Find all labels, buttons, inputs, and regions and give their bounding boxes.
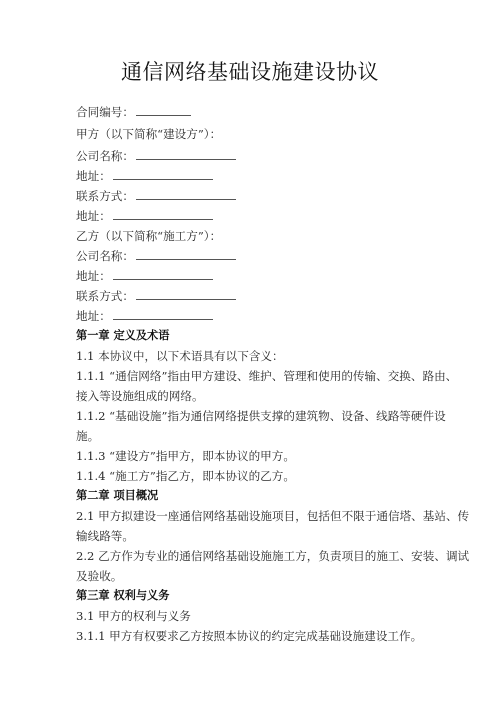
clause-line: 接入等设施组成的网络。 <box>76 389 204 403</box>
clause-line: 1.1.1 “通信网络”指由甲方建设、维护、管理和使用的传输、交换、路由、 <box>76 369 457 383</box>
field-party-b-company: 公司名称： <box>76 249 236 263</box>
clause-line: 1.1.3 “建设方”指甲方，即本协议的甲方。 <box>76 449 295 463</box>
clause-line: 1.1.2 “基础设施”指为通信网络提供支撑的建筑物、设备、线路等硬件设 <box>76 409 446 423</box>
field-label: 合同编号： <box>76 105 134 119</box>
field-label: 乙方（以下简称“施工方”）： <box>76 229 221 243</box>
field-label: 地址： <box>76 309 111 323</box>
field-party-b-address: 地址： <box>76 269 213 283</box>
document-title: 通信网络基础设施建设协议 <box>0 59 500 85</box>
clause-line: 及验收。 <box>76 569 122 583</box>
blank-line[interactable] <box>136 105 191 116</box>
blank-line[interactable] <box>136 289 236 300</box>
field-label: 联系方式： <box>76 289 134 303</box>
field-party-a-address-2: 地址： <box>76 209 213 223</box>
field-party-a-company: 公司名称： <box>76 149 236 163</box>
blank-line[interactable] <box>113 269 213 280</box>
blank-line[interactable] <box>136 249 236 260</box>
clause-line: 3.1.1 甲方有权要求乙方按照本协议的约定完成基础设施建设工作。 <box>76 629 422 643</box>
field-label: 甲方（以下简称“建设方”）： <box>76 127 221 141</box>
clause-line: 输线路等。 <box>76 529 134 543</box>
party-b-heading: 乙方（以下简称“施工方”）： <box>76 229 221 243</box>
chapter-1-heading: 第一章 定义及术语 <box>76 329 169 343</box>
field-label: 联系方式： <box>76 189 134 203</box>
party-a-heading: 甲方（以下简称“建设方”）： <box>76 127 221 141</box>
field-label: 地址： <box>76 169 111 183</box>
field-label: 公司名称： <box>76 249 134 263</box>
clause-line: 1.1.4 “施工方”指乙方，即本协议的乙方。 <box>76 469 295 483</box>
clause-line: 2.2 乙方作为专业的通信网络基础设施施工方，负责项目的施工、安装、调试 <box>76 549 469 563</box>
blank-line[interactable] <box>113 309 213 320</box>
blank-line[interactable] <box>113 209 213 220</box>
document-page: 通信网络基础设施建设协议 合同编号： 甲方（以下简称“建设方”）： 公司名称： … <box>0 0 500 707</box>
chapter-2-heading: 第二章 项目概况 <box>76 489 158 503</box>
field-contract-number: 合同编号： <box>76 105 191 119</box>
blank-line[interactable] <box>113 169 213 180</box>
chapter-3-heading: 第三章 权利与义务 <box>76 589 169 603</box>
blank-line[interactable] <box>136 149 236 160</box>
field-label: 公司名称： <box>76 149 134 163</box>
blank-line[interactable] <box>136 189 236 200</box>
field-label: 地址： <box>76 269 111 283</box>
field-party-a-contact: 联系方式： <box>76 189 236 203</box>
clause-line: 施。 <box>76 429 99 443</box>
field-label: 地址： <box>76 209 111 223</box>
clause-line: 2.1 甲方拟建设一座通信网络基础设施项目，包括但不限于通信塔、基站、传 <box>76 509 469 523</box>
field-party-b-address-2: 地址： <box>76 309 213 323</box>
clause-line: 3.1 甲方的权利与义务 <box>76 609 191 623</box>
field-party-b-contact: 联系方式： <box>76 289 236 303</box>
clause-line: 1.1 本协议中，以下术语具有以下含义： <box>76 349 284 363</box>
field-party-a-address: 地址： <box>76 169 213 183</box>
